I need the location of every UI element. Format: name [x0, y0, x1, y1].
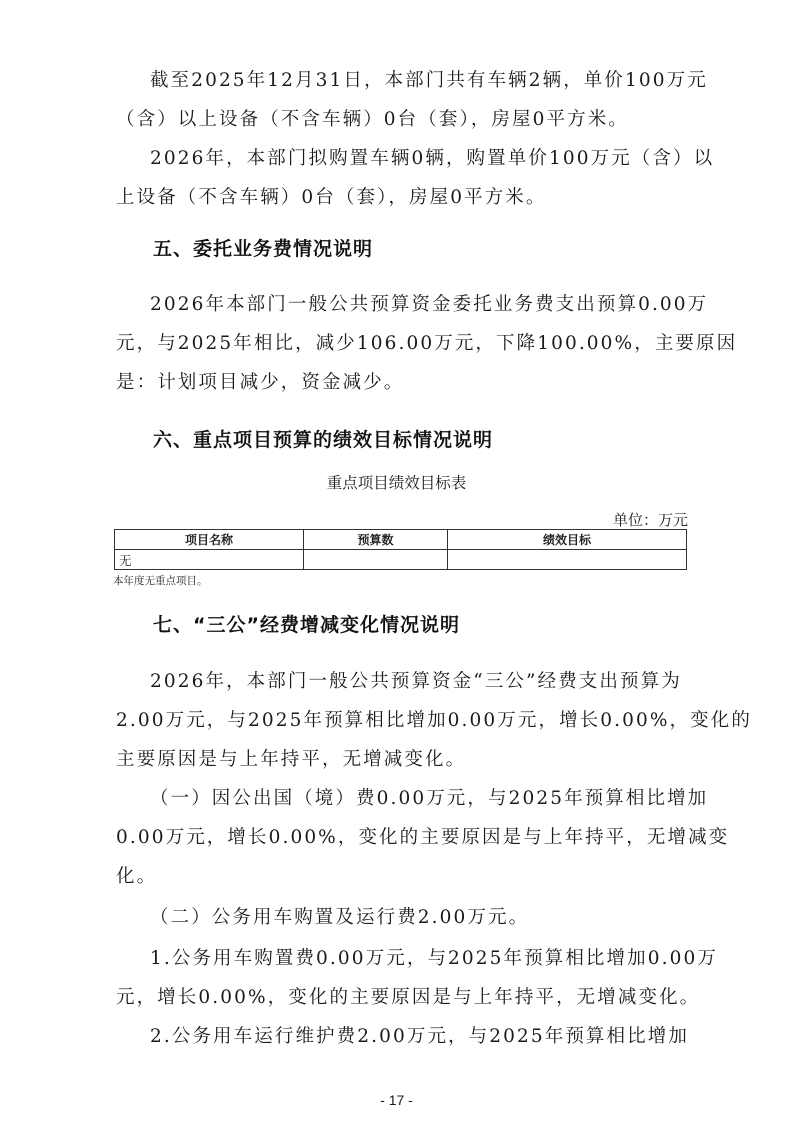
paragraph-line: 元，增长0.00%，变化的主要原因是与上年持平，无增减变化。 [116, 983, 700, 1009]
table-note: 本年度无重点项目。 [113, 573, 208, 588]
performance-target-table: 项目名称 预算数 绩效目标 无 [114, 529, 687, 570]
section-heading-7: 七、“三公”经费增减变化情况说明 [153, 610, 460, 637]
paragraph-line: 2026年本部门一般公共预算资金委托业务费支出预算0.00万 [150, 290, 708, 316]
paragraph-line: 0.00万元，增长0.00%，变化的主要原因是与上年持平，无增减变 [116, 823, 729, 849]
paragraph-line: 元，与2025年相比，减少106.00万元，下降100.00%，主要原因 [116, 329, 737, 355]
paragraph-line: 1.公务用车购置费0.00万元，与2025年预算相比增加0.00万 [150, 944, 718, 970]
paragraph-line: 2026年，本部门拟购置车辆0辆，购置单价100万元（含）以 [150, 144, 714, 170]
page-number: - 17 - [0, 1092, 793, 1108]
table-title: 重点项目绩效目标表 [0, 471, 793, 493]
paragraph-line: 截至2025年12月31日，本部门共有车辆2辆，单价100万元 [150, 66, 708, 92]
paragraph-line: 2026年，本部门一般公共预算资金“三公”经费支出预算为 [150, 667, 682, 693]
paragraph-line: 2.公务用车运行维护费2.00万元，与2025年预算相比增加 [150, 1022, 689, 1048]
table-cell [448, 550, 687, 570]
paragraph-line: （含）以上设备（不含车辆）0台（套），房屋0平方米。 [116, 105, 629, 131]
paragraph-line: 上设备（不含车辆）0台（套），房屋0平方米。 [116, 183, 547, 209]
table-header-row: 项目名称 预算数 绩效目标 [115, 530, 687, 550]
section-heading-5: 五、委托业务费情况说明 [153, 234, 373, 261]
paragraph-line: （一）因公出国（境）费0.00万元，与2025年预算相比增加 [150, 784, 708, 810]
table-row: 无 [115, 550, 687, 570]
paragraph-line: 主要原因是与上年持平，无增减变化。 [116, 745, 466, 771]
paragraph-line: 是：计划项目减少，资金减少。 [116, 368, 404, 394]
table-cell [304, 550, 448, 570]
paragraph-line: 化。 [116, 862, 157, 888]
paragraph-line: （二）公务用车购置及运行费2.00万元。 [150, 903, 529, 929]
column-header: 项目名称 [115, 530, 304, 550]
table-unit: 单位：万元 [613, 509, 688, 530]
column-header: 预算数 [304, 530, 448, 550]
section-heading-6: 六、重点项目预算的绩效目标情况说明 [153, 425, 493, 452]
paragraph-line: 2.00万元，与2025年预算相比增加0.00万元，增长0.00%，变化的 [116, 706, 752, 732]
table-cell: 无 [115, 550, 304, 570]
column-header: 绩效目标 [448, 530, 687, 550]
